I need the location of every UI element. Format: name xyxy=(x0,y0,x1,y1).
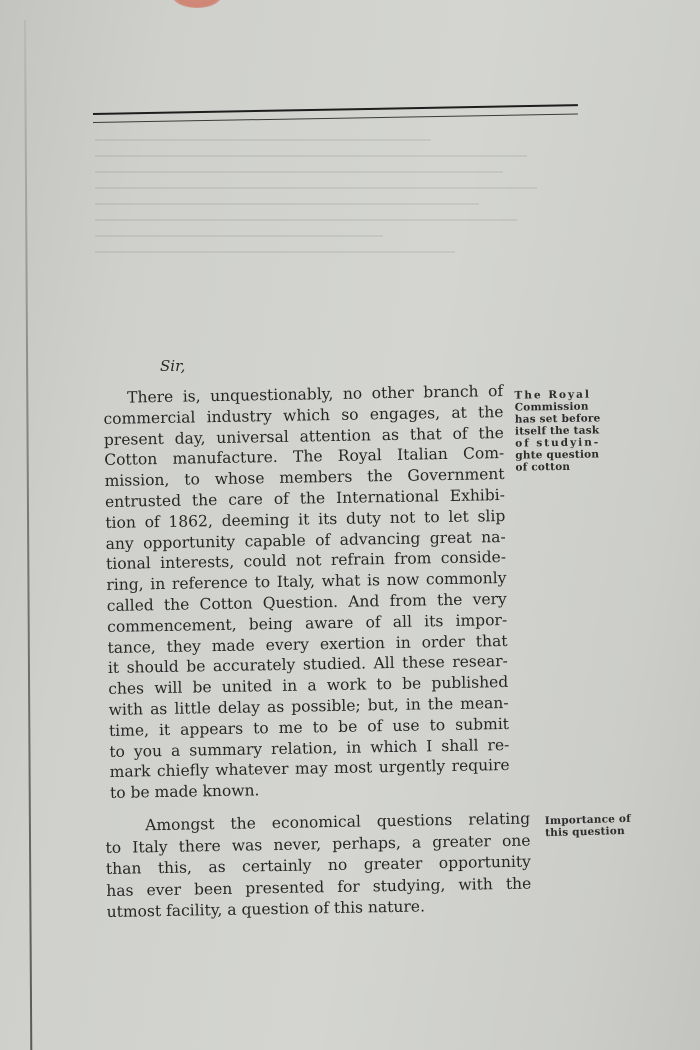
salutation: Sir, xyxy=(160,357,185,375)
finger-tip xyxy=(172,0,222,8)
margin-note-royal-commission: The Royal Commission has set before itse… xyxy=(514,388,601,473)
note-line: ghte question xyxy=(515,448,601,461)
header-rule-thin xyxy=(93,114,578,123)
header-rule-thick xyxy=(93,104,578,115)
paragraph-1: There is, unquestionably, no other branc… xyxy=(103,381,510,804)
paragraph-2: Amongst the economical questions relatin… xyxy=(105,809,532,924)
margin-note-importance: Importance of this question xyxy=(545,813,632,839)
book-page: Sir, There is, unquestionably, no other … xyxy=(0,0,700,1050)
note-line: this question xyxy=(545,825,631,839)
show-through-text xyxy=(95,125,575,345)
note-line: of cotton xyxy=(515,460,601,473)
page-gutter-edge xyxy=(24,20,32,1050)
